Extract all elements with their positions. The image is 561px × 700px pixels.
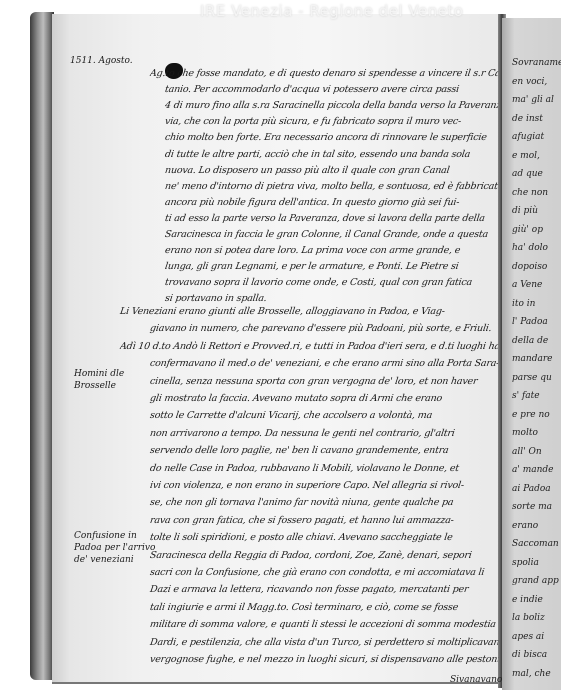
manuscript-line: Dazi e armava la lettera, ricavando non … xyxy=(149,584,499,595)
facing-page-line: afugiat xyxy=(512,132,544,142)
manuscript-line: militare di somma valore, e quanti li st… xyxy=(149,619,499,630)
facing-page-line: a Vene xyxy=(512,280,542,290)
facing-page-line: molto xyxy=(512,428,538,438)
book-spine xyxy=(30,12,54,680)
manuscript-line: Dardi, e pestilenzia, che alla vista d'u… xyxy=(149,637,499,648)
date-margin-note: 1511. Agosto. xyxy=(70,55,133,67)
manuscript-line: giavano in numero, che parevano d'essere… xyxy=(149,323,499,334)
manuscript-line: sotto le Carrette d'alcuni Vicarij, che … xyxy=(149,410,499,421)
manuscript-line: se, che non gli tornava l'animo far novi… xyxy=(149,497,499,508)
manuscript-line: Adì 10 d.to Andò li Rettori e Provved.ri… xyxy=(119,341,499,352)
catchword: Sivanavano xyxy=(450,675,502,685)
facing-page-line: mandare xyxy=(512,354,552,364)
facing-page-line: la boliz xyxy=(512,613,545,623)
facing-page-line: e pre no xyxy=(512,410,550,420)
facing-page-line: s' fate xyxy=(512,391,540,401)
facing-page-line: della de xyxy=(512,336,548,346)
manuscript-line: tali ingiurie e armi il Magg.to. Così te… xyxy=(149,602,499,613)
facing-page-line: all' On xyxy=(512,447,542,457)
facing-page-line: e indie xyxy=(512,595,543,605)
manuscript-line: confermavano il med.o de' veneziani, e c… xyxy=(149,358,499,369)
facing-page-line: Saccoman xyxy=(512,539,559,549)
manuscript-line: tanio. Per accommodarlo d'acqua vi potes… xyxy=(164,84,499,95)
facing-page-line: ad que xyxy=(512,169,543,179)
manuscript-line: via, che con la porta più sicura, e fu f… xyxy=(164,116,499,127)
facing-page-line: ito in xyxy=(512,299,535,309)
manuscript-line: Saracinesca in faccia le gran Colonne, i… xyxy=(164,229,499,240)
manuscript-line: 4 di muro fino alla s.ra Saracinella pic… xyxy=(164,100,499,111)
manuscript-line: Ag.to che fosse mandato, e di questo den… xyxy=(149,68,499,79)
manuscript-line: servendo delle loro paglie, ne' ben li c… xyxy=(149,445,499,456)
manuscript-line: ancora più nobile figura dell'antica. In… xyxy=(164,197,499,208)
facing-page-line: che non xyxy=(512,188,548,198)
facing-page-line: parse qu xyxy=(512,373,552,383)
facing-page-line: e mol, xyxy=(512,151,540,161)
facing-page-line: spolia xyxy=(512,558,539,568)
manuscript-line: trovavano sopra il lavorio come onde, e … xyxy=(164,277,499,288)
manuscript-line: cinella, senza nessuna sporta con gran v… xyxy=(149,376,499,387)
facing-page-line: dopoiso xyxy=(512,262,547,272)
facing-page-line: sorte ma xyxy=(512,502,552,512)
manuscript-line: di tutte le altre parti, acciò che in ta… xyxy=(164,149,499,160)
manuscript-line: rava con gran fatica, che si fossero pag… xyxy=(149,515,499,526)
manuscript-line: si portavano in spalla. xyxy=(164,293,499,304)
facing-page-line: giù' op xyxy=(512,225,543,235)
facing-page-line: l' Padoa xyxy=(512,317,548,327)
facing-page-line: ha' dolo xyxy=(512,243,548,253)
facing-page-line: grand app xyxy=(512,576,559,586)
manuscript-line: nuova. Lo disposero un passo più alto il… xyxy=(164,165,499,176)
facing-page-line: erano xyxy=(512,521,538,531)
margin-note-armed-men: Homini dle Brosselle xyxy=(74,368,124,392)
facing-page-line: di bisca xyxy=(512,650,547,660)
facing-page-line: a' mande xyxy=(512,465,553,475)
manuscript-line: Li Veneziani erano giunti alle Brosselle… xyxy=(119,306,499,317)
facing-page-line: en voci, xyxy=(512,77,547,87)
manuscript-line: sacri con la Confusione, che già erano c… xyxy=(149,567,499,578)
manuscript-line: ne' meno d'intorno di pietra viva, molto… xyxy=(164,181,499,192)
manuscript-line: Saracinesca della Reggia di Padoa, cordo… xyxy=(149,550,499,561)
manuscript-line: vergognose fughe, e nel mezzo in luoghi … xyxy=(149,654,499,665)
manuscript-line: non arrivarono a tempo. Da nessuna le ge… xyxy=(149,428,499,439)
manuscript-line: tolte li soli spiridioni, e posto alle c… xyxy=(149,532,499,543)
facing-page-line: ai Padoa xyxy=(512,484,551,494)
manuscript-line: do nelle Case in Padoa, rubbavano li Mob… xyxy=(149,463,499,474)
facing-page-line: de inst xyxy=(512,114,543,124)
manuscript-line: lunga, gli gran Legnami, e per le armatu… xyxy=(164,261,499,272)
facing-page-line: mal, che xyxy=(512,669,551,679)
manuscript-line: gli mostrato la faccia. Avevano mutato s… xyxy=(149,393,499,404)
margin-note-confusion: Confusione in Padoa per l'arrivo de' ven… xyxy=(74,530,155,566)
manuscript-line: ti ad esso la parte verso la Paveranza, … xyxy=(164,213,499,224)
manuscript-line: erano non si potea dare loro. La prima v… xyxy=(164,245,499,256)
watermark: IRE Venezia - Regione del Veneto xyxy=(200,2,464,20)
manuscript-line: chio molto ben forte. Era necessario anc… xyxy=(164,132,499,143)
facing-page-line: Sovranamente xyxy=(512,58,561,68)
manuscript-line: ivi con violenza, e non erano in superio… xyxy=(149,480,499,491)
facing-page-line: apes ai xyxy=(512,632,544,642)
facing-page-line: di più xyxy=(512,206,538,216)
facing-page-line: ma' gli al xyxy=(512,95,554,105)
